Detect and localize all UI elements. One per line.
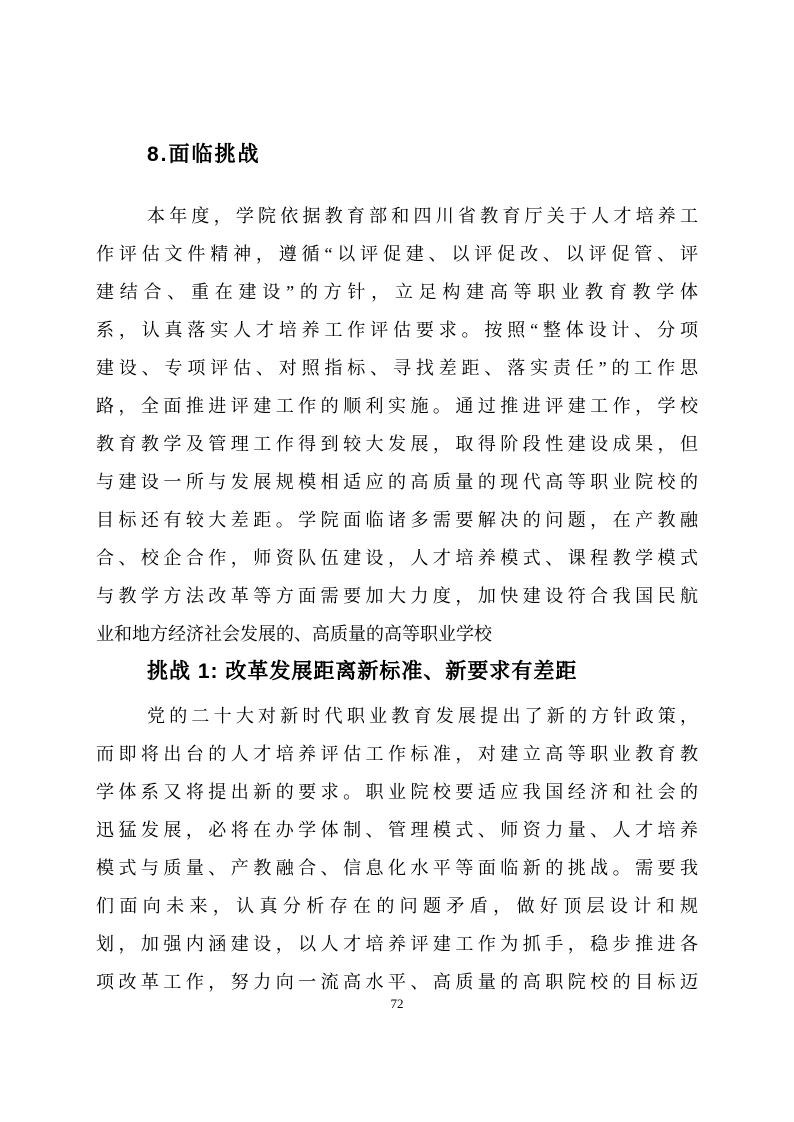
paragraph-1: 本年度，学院依据教育部和四川省教育厅关于人才培养工 作评估文件精神，遵循“以评促… — [96, 197, 698, 653]
text-line: 模式与质量、产教融合、信息化水平等面临新的挑战。需要我 — [96, 849, 698, 887]
text-line: 本年度，学院依据教育部和四川省教育厅关于人才培养工 — [96, 197, 698, 235]
text-line: 划，加强内涵建设，以人才培养评建工作为抓手，稳步推进各 — [96, 925, 698, 963]
text-line: 目标还有较大差距。学院面临诸多需要解决的问题，在产教融 — [96, 501, 698, 539]
text-line: 建设、专项评估、对照指标、寻找差距、落实责任”的工作思 — [96, 349, 698, 387]
paragraph-2: 党的二十大对新时代职业教育发展提出了新的方针政策， 而即将出台的人才培养评估工作… — [96, 697, 698, 1001]
text-line: 业和地方经济社会发展的、高质量的高等职业学校 — [96, 615, 698, 653]
text-line: 党的二十大对新时代职业教育发展提出了新的方针政策， — [96, 697, 698, 735]
text-line: 教育教学及管理工作得到较大发展，取得阶段性建设成果，但 — [96, 425, 698, 463]
text-line: 与教学方法改革等方面需要加大力度，加快建设符合我国民航 — [96, 577, 698, 615]
challenge-subheading: 挑战 1: 改革发展距离新标准、新要求有差距 — [96, 659, 698, 685]
text-line: 而即将出台的人才培养评估工作标准，对建立高等职业教育教 — [96, 735, 698, 773]
text-line: 们面向未来，认真分析存在的问题矛盾，做好顶层设计和规 — [96, 887, 698, 925]
text-line: 系，认真落实人才培养工作评估要求。按照“整体设计、分项 — [96, 311, 698, 349]
text-line: 合、校企合作，师资队伍建设，人才培养模式、课程教学模式 — [96, 539, 698, 577]
text-line: 作评估文件精神，遵循“以评促建、以评促改、以评促管、评 — [96, 235, 698, 273]
text-line: 建结合、重在建设”的方针，立足构建高等职业教育教学体 — [96, 273, 698, 311]
document-content: 8.面临挑战 本年度，学院依据教育部和四川省教育厅关于人才培养工 作评估文件精神… — [96, 140, 698, 1001]
document-page: 8.面临挑战 本年度，学院依据教育部和四川省教育厅关于人才培养工 作评估文件精神… — [0, 0, 794, 1122]
text-line: 与建设一所与发展规模相适应的高质量的现代高等职业院校的 — [96, 463, 698, 501]
section-heading: 8.面临挑战 — [96, 140, 698, 170]
text-line: 学体系又将提出新的要求。职业院校要适应我国经济和社会的 — [96, 773, 698, 811]
text-line: 路，全面推进评建工作的顺利实施。通过推进评建工作，学校 — [96, 387, 698, 425]
text-line: 迅猛发展，必将在办学体制、管理模式、师资力量、人才培养 — [96, 811, 698, 849]
page-number: 72 — [0, 996, 794, 1012]
